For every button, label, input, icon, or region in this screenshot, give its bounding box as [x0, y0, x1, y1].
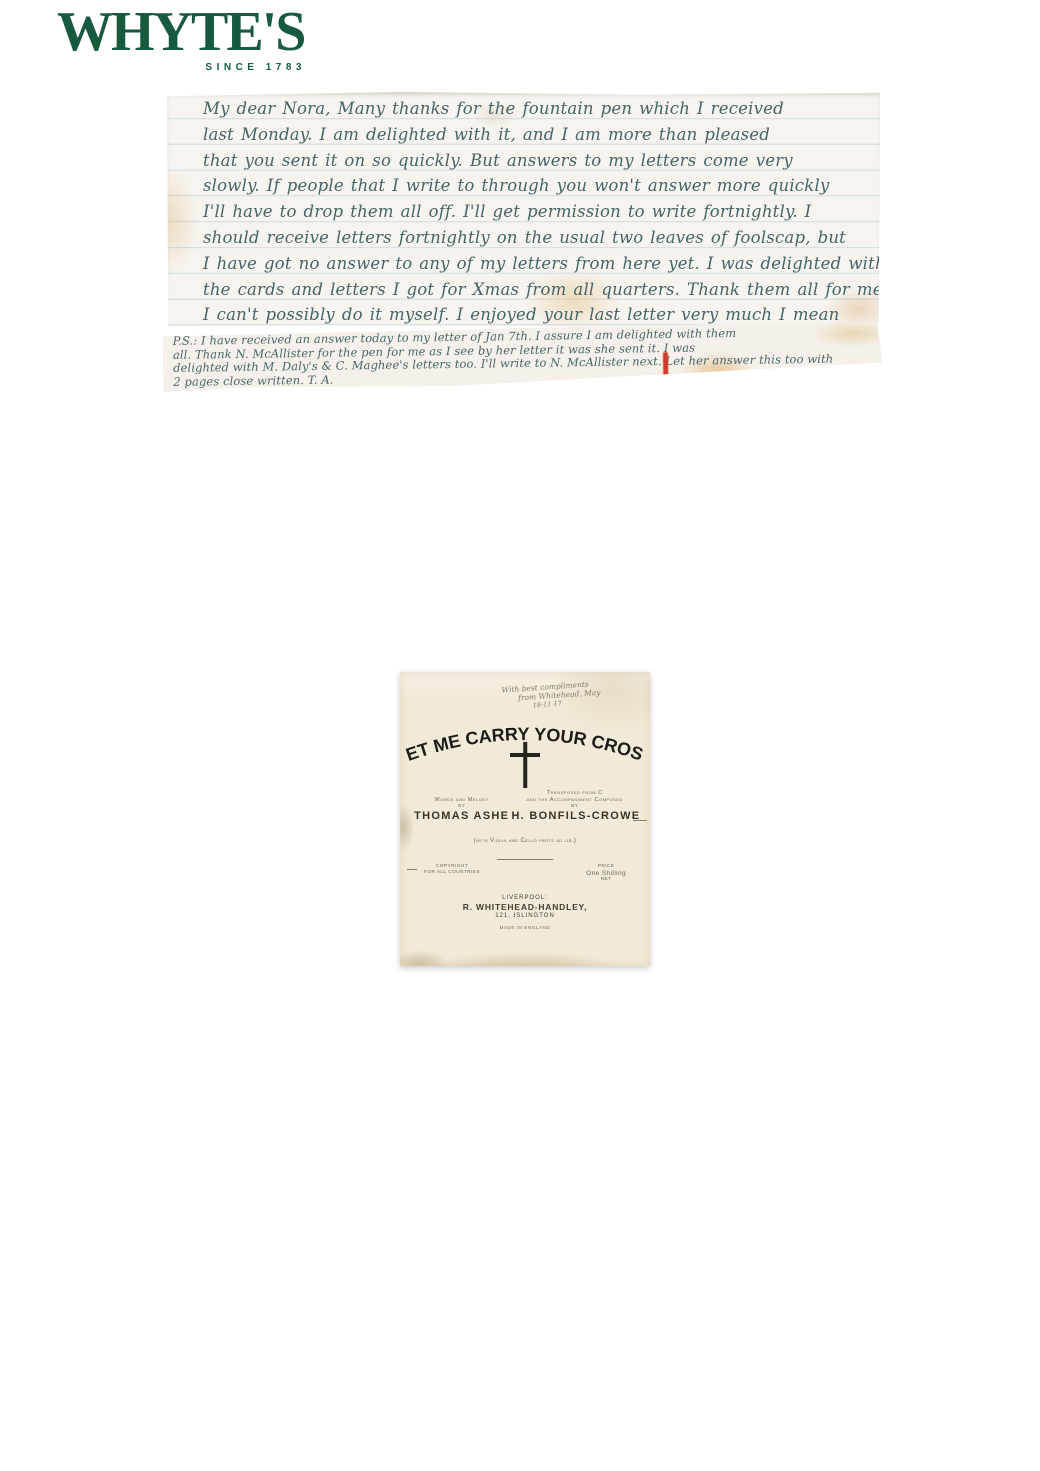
- red-censor-mark: [663, 352, 668, 379]
- sheet-music-cover-image: With best complimentsfrom Whitehead, May…: [400, 672, 650, 966]
- letter-text-line: slowly. If people that I write to throug…: [203, 173, 872, 199]
- letter-text-line: I'll have to drop them all off. I'll get…: [203, 199, 872, 225]
- credit-arranger: Transposed from C and the Accompaniment …: [511, 784, 638, 822]
- letter-text-line: My dear Nora, Many thanks for the founta…: [203, 96, 872, 122]
- letter-text-line: should receive letters fortnightly on th…: [203, 225, 872, 251]
- parts-note: (with Violin and Cello parts ad lib.): [400, 838, 650, 844]
- credits-block: Words and Melody BY THOMAS ASHE Transpos…: [400, 784, 650, 822]
- made-in-note: MADE IN ENGLAND: [400, 925, 650, 930]
- cross-icon: [510, 742, 540, 788]
- publisher-block: LIVERPOOL: R. WHITEHEAD-HANDLEY, 121, IS…: [400, 894, 650, 920]
- letter-page: My dear Nora, Many thanks for the founta…: [167, 91, 880, 328]
- cross-vertical-bar: [523, 742, 527, 788]
- divider-rule: [497, 859, 553, 860]
- letter-text-line: last Monday. I am delighted with it, and…: [203, 122, 872, 148]
- letter-postscript-strip: P.S.: I have received an answer today to…: [163, 321, 883, 392]
- publisher-address: 121, ISLINGTON: [400, 912, 650, 920]
- price-value: One Shilling: [586, 870, 626, 877]
- price-notice: PRICE One Shilling NET: [586, 864, 626, 883]
- letter-text-line: the cards and letters I got for Xmas fro…: [203, 277, 872, 303]
- credit-arranger-by: BY: [511, 803, 638, 809]
- publisher-city: LIVERPOOL:: [400, 894, 650, 902]
- copyright-line-2: FOR ALL COUNTRIES: [424, 870, 480, 876]
- credit-author: Words and Melody BY THOMAS ASHE: [412, 784, 511, 822]
- credit-author-by: BY: [412, 803, 511, 809]
- copyright-price-row: COPYRIGHT FOR ALL COUNTRIES PRICE One Sh…: [400, 864, 650, 883]
- cross-horizontal-bar: [510, 753, 540, 757]
- brand-tagline: SINCE 1783: [57, 62, 307, 73]
- letter-text-line: I have got no answer to any of my letter…: [203, 251, 872, 277]
- whytes-logo: WHYTE'S SINCE 1783: [57, 4, 307, 73]
- credit-arranger-name: H. BONFILS-CROWE: [511, 810, 638, 822]
- letter-text-line: that you sent it on so quickly. But answ…: [203, 148, 872, 174]
- publisher-name: R. WHITEHEAD-HANDLEY,: [400, 902, 650, 912]
- credit-author-name: THOMAS ASHE: [412, 810, 511, 822]
- copyright-notice: COPYRIGHT FOR ALL COUNTRIES: [424, 864, 480, 883]
- brand-name: WHYTE'S: [57, 4, 307, 61]
- price-net: NET: [586, 877, 626, 883]
- decorative-dash-right: [633, 820, 647, 821]
